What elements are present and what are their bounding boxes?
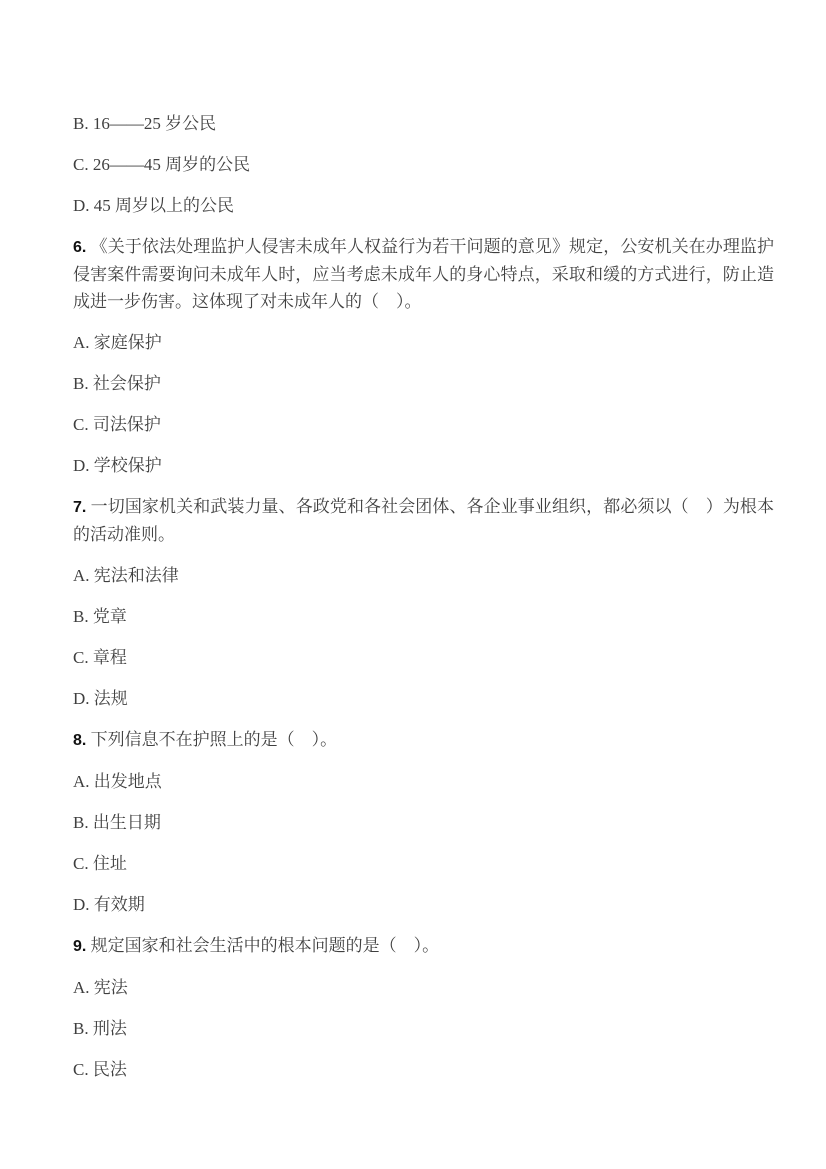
option-letter: C. [73, 415, 89, 434]
option-text: 住址 [93, 854, 127, 873]
option-line: C. 司法保护 [73, 411, 774, 438]
option-letter: A. [73, 772, 90, 791]
option-text: 出发地点 [94, 772, 162, 791]
option-letter: D. [73, 456, 90, 475]
question-number: 6. [73, 239, 86, 256]
option-text: 党章 [93, 607, 127, 626]
option-line: C. 26——45 周岁的公民 [73, 151, 774, 178]
option-line: A. 宪法 [73, 974, 774, 1001]
option-line: A. 家庭保护 [73, 329, 774, 356]
option-line: C. 住址 [73, 850, 774, 877]
option-line: A. 宪法和法律 [73, 562, 774, 589]
option-letter: A. [73, 978, 90, 997]
option-letter: C. [73, 1060, 89, 1079]
option-letter: A. [73, 333, 90, 352]
option-letter: B. [73, 813, 89, 832]
option-letter: A. [73, 566, 90, 585]
question-text: 7. 一切国家机关和武装力量、各政党和各社会团体、各企业事业组织，都必须以（ ）… [73, 493, 774, 548]
option-line: A. 出发地点 [73, 768, 774, 795]
option-letter: D. [73, 689, 90, 708]
question-number: 9. [73, 938, 86, 955]
question-text: 6. 《关于依法处理监护人侵害未成年人权益行为若干问题的意见》规定，公安机关在办… [73, 233, 774, 315]
option-letter: C. [73, 648, 89, 667]
option-text: 章程 [93, 648, 127, 667]
option-line: B. 16——25 岁公民 [73, 110, 774, 137]
option-text: 社会保护 [93, 374, 161, 393]
option-text: 45 周岁以上的公民 [94, 196, 234, 215]
option-text: 出生日期 [93, 813, 161, 832]
option-letter: B. [73, 374, 89, 393]
option-text: 有效期 [94, 895, 145, 914]
option-text: 学校保护 [94, 456, 162, 475]
option-text: 16——25 岁公民 [93, 114, 216, 133]
option-line: D. 法规 [73, 685, 774, 712]
option-text: 宪法 [94, 978, 128, 997]
option-line: B. 党章 [73, 603, 774, 630]
option-text: 刑法 [93, 1019, 127, 1038]
option-text: 26——45 周岁的公民 [93, 155, 250, 174]
option-letter: B. [73, 1019, 89, 1038]
option-line: C. 民法 [73, 1056, 774, 1083]
option-letter: B. [73, 607, 89, 626]
option-letter: D. [73, 196, 90, 215]
option-letter: C. [73, 854, 89, 873]
option-line: B. 出生日期 [73, 809, 774, 836]
document-page: B. 16——25 岁公民C. 26——45 周岁的公民D. 45 周岁以上的公… [0, 0, 826, 1169]
option-text: 家庭保护 [94, 333, 162, 352]
option-letter: B. [73, 114, 89, 133]
option-letter: D. [73, 895, 90, 914]
option-line: B. 社会保护 [73, 370, 774, 397]
option-text: 法规 [94, 689, 128, 708]
option-text: 宪法和法律 [94, 566, 179, 585]
question-text: 8. 下列信息不在护照上的是（ ）。 [73, 726, 774, 754]
question-number: 7. [73, 499, 86, 516]
option-line: D. 45 周岁以上的公民 [73, 192, 774, 219]
option-line: C. 章程 [73, 644, 774, 671]
option-text: 民法 [93, 1060, 127, 1079]
option-line: D. 学校保护 [73, 452, 774, 479]
option-line: D. 有效期 [73, 891, 774, 918]
option-line: B. 刑法 [73, 1015, 774, 1042]
question-text: 9. 规定国家和社会生活中的根本问题的是（ ）。 [73, 932, 774, 960]
question-number: 8. [73, 732, 86, 749]
option-text: 司法保护 [93, 415, 161, 434]
option-letter: C. [73, 155, 89, 174]
